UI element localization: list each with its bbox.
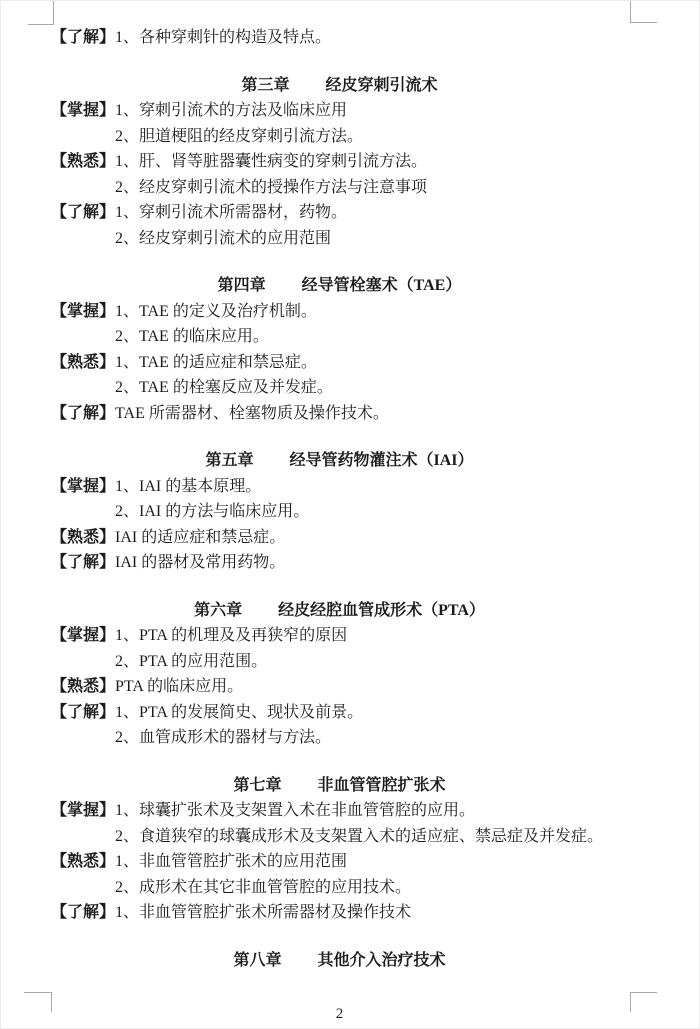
objective-text: 1、非血管管腔扩张术的应用范围 [115, 853, 347, 870]
objective-text: TAE 所需器材、栓塞物质及操作技术。 [115, 405, 389, 422]
objective-text: 2、经皮穿刺引流术的授操作方法与注意事项 [115, 179, 427, 196]
objective-line: 【掌握】1、穿刺引流术的方法及临床应用 [51, 98, 628, 124]
objective-line: 【掌握】1、TAE 的定义及治疗机制。 [51, 299, 628, 325]
objective-text: 1、肝、肾等脏器囊性病变的穿刺引流方法。 [115, 153, 427, 170]
objective-line: 【熟悉】1、TAE 的适应症和禁忌症。 [51, 350, 628, 376]
chapter-heading: 第三章经皮穿刺引流术 [51, 73, 628, 99]
objective-continuation-line: 2、IAI 的方法与临床应用。 [51, 499, 628, 525]
objective-level-label: 【掌握】 [51, 627, 115, 644]
objective-level-label: 【了解】 [51, 704, 115, 721]
objective-line: 【掌握】1、IAI 的基本原理。 [51, 474, 628, 500]
chapter-heading: 第六章经皮经腔血管成形术（PTA） [51, 598, 628, 624]
objective-text: 1、球囊扩张术及支架置入术在非血管管腔的应用。 [115, 802, 475, 819]
objective-text: 2、经皮穿刺引流术的应用范围 [115, 230, 331, 247]
chapter-number: 第四章 [218, 273, 266, 299]
objective-level-label: 【熟悉】 [51, 153, 115, 170]
objective-continuation-line: 2、PTA 的应用范围。 [51, 649, 628, 675]
margin-cropmark-bottom-right [630, 992, 657, 1012]
objective-line: 【了解】IAI 的器材及常用药物。 [51, 550, 628, 576]
objective-line: 【了解】TAE 所需器材、栓塞物质及操作技术。 [51, 401, 628, 427]
objective-text: 1、非血管管腔扩张术所需器材及操作技术 [115, 904, 411, 921]
objective-text: PTA 的临床应用。 [115, 678, 243, 695]
objective-line: 【熟悉】PTA 的临床应用。 [51, 674, 628, 700]
objective-line: 【熟悉】1、肝、肾等脏器囊性病变的穿刺引流方法。 [51, 149, 628, 175]
objective-text: 2、成形术在其它非血管管腔的应用技术。 [115, 879, 411, 896]
chapter-heading: 第四章经导管栓塞术（TAE） [51, 273, 628, 299]
objective-text: 1、TAE 的定义及治疗机制。 [115, 303, 317, 320]
objective-text: 1、穿刺引流术所需器材，药物。 [115, 204, 347, 221]
objective-continuation-line: 2、成形术在其它非血管管腔的应用技术。 [51, 875, 628, 901]
objective-level-label: 【熟悉】 [51, 678, 115, 695]
objective-text: IAI 的器材及常用药物。 [115, 554, 285, 571]
chapter-number: 第六章 [194, 598, 242, 624]
objective-continuation-line: 2、TAE 的栓塞反应及并发症。 [51, 375, 628, 401]
objective-level-label: 【了解】 [51, 204, 115, 221]
document-page: 【了解】1、各种穿刺针的构造及特点。第三章经皮穿刺引流术【掌握】1、穿刺引流术的… [0, 0, 700, 1029]
objective-text: 1、穿刺引流术的方法及临床应用 [115, 102, 347, 119]
chapter-heading: 第八章其他介入治疗技术 [51, 948, 628, 974]
objective-level-label: 【熟悉】 [51, 354, 115, 371]
chapter-heading: 第七章非血管管腔扩张术 [51, 773, 628, 799]
objective-text: IAI 的适应症和禁忌症。 [115, 529, 285, 546]
chapter-title: 其他介入治疗技术 [318, 948, 446, 974]
objective-text: 1、IAI 的基本原理。 [115, 478, 261, 495]
objective-line: 【掌握】1、PTA 的机理及及再狭窄的原因 [51, 623, 628, 649]
objective-continuation-line: 2、经皮穿刺引流术的授操作方法与注意事项 [51, 175, 628, 201]
objective-line: 【了解】1、穿刺引流术所需器材，药物。 [51, 200, 628, 226]
objective-level-label: 【掌握】 [51, 102, 115, 119]
objective-text: 2、IAI 的方法与临床应用。 [115, 503, 309, 520]
objective-continuation-line: 2、经皮穿刺引流术的应用范围 [51, 226, 628, 252]
objective-continuation-line: 2、食道狭窄的球囊成形术及支架置入术的适应症、禁忌症及并发症。 [51, 824, 628, 850]
objective-text: 2、TAE 的栓塞反应及并发症。 [115, 379, 333, 396]
objective-text: 1、TAE 的适应症和禁忌症。 [115, 354, 317, 371]
objective-line: 【了解】1、PTA 的发展简史、现状及前景。 [51, 700, 628, 726]
objective-level-label: 【了解】 [51, 29, 115, 46]
document-content: 【了解】1、各种穿刺针的构造及特点。第三章经皮穿刺引流术【掌握】1、穿刺引流术的… [1, 1, 699, 973]
objective-text: 2、胆道梗阻的经皮穿刺引流方法。 [115, 128, 363, 145]
chapter-number: 第八章 [233, 948, 281, 974]
chapter-title: 经导管药物灌注术（IAI） [290, 448, 474, 474]
objective-continuation-line: 2、胆道梗阻的经皮穿刺引流方法。 [51, 124, 628, 150]
objective-continuation-line: 2、TAE 的临床应用。 [51, 324, 628, 350]
objective-text: 2、血管成形术的器材与方法。 [115, 729, 331, 746]
page-number: 2 [51, 1005, 628, 1023]
objective-level-label: 【了解】 [51, 405, 115, 422]
objective-text: 2、食道狭窄的球囊成形术及支架置入术的适应症、禁忌症及并发症。 [115, 828, 603, 845]
objective-text: 1、PTA 的机理及及再狭窄的原因 [115, 627, 347, 644]
chapter-number: 第七章 [233, 773, 281, 799]
chapter-number: 第五章 [205, 448, 253, 474]
chapter-title: 经皮经腔血管成形术（PTA） [278, 598, 485, 624]
margin-cropmark-bottom-left [24, 992, 52, 1012]
objective-level-label: 【熟悉】 [51, 853, 115, 870]
objective-level-label: 【掌握】 [51, 303, 115, 320]
objective-text: 1、PTA 的发展简史、现状及前景。 [115, 704, 363, 721]
chapter-title: 非血管管腔扩张术 [318, 773, 446, 799]
chapter-title: 经导管栓塞术（TAE） [302, 273, 462, 299]
objective-level-label: 【了解】 [51, 554, 115, 571]
objective-line: 【熟悉】1、非血管管腔扩张术的应用范围 [51, 849, 628, 875]
objective-level-label: 【掌握】 [51, 478, 115, 495]
objective-level-label: 【掌握】 [51, 802, 115, 819]
objective-line: 【了解】1、各种穿刺针的构造及特点。 [51, 25, 628, 51]
objective-line: 【了解】1、非血管管腔扩张术所需器材及操作技术 [51, 900, 628, 926]
objective-text: 2、TAE 的临床应用。 [115, 328, 269, 345]
objective-text: 1、各种穿刺针的构造及特点。 [115, 29, 331, 46]
objective-text: 2、PTA 的应用范围。 [115, 653, 267, 670]
objective-line: 【掌握】1、球囊扩张术及支架置入术在非血管管腔的应用。 [51, 798, 628, 824]
objective-level-label: 【了解】 [51, 904, 115, 921]
objective-continuation-line: 2、血管成形术的器材与方法。 [51, 725, 628, 751]
objective-level-label: 【熟悉】 [51, 529, 115, 546]
chapter-number: 第三章 [241, 73, 289, 99]
chapter-title: 经皮穿刺引流术 [326, 73, 438, 99]
chapter-heading: 第五章经导管药物灌注术（IAI） [51, 448, 628, 474]
objective-line: 【熟悉】IAI 的适应症和禁忌症。 [51, 525, 628, 551]
